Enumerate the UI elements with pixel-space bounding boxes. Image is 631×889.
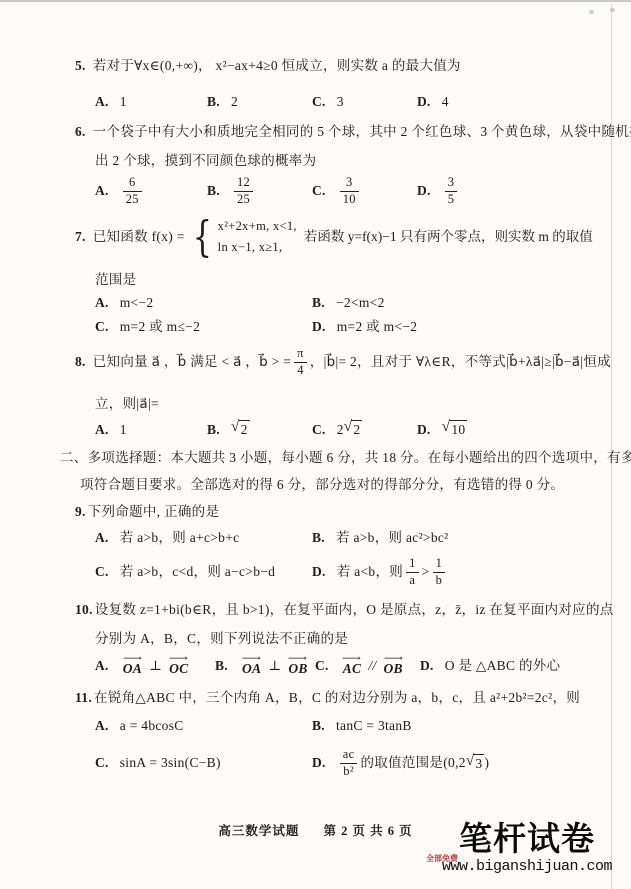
question-11-options-row1: A.a = 4bcosC B.tanC = 3tanB (75, 717, 603, 735)
option-b-label: B. (207, 93, 220, 111)
option-b-label: B. (215, 657, 228, 675)
option-a: A.1 (95, 93, 207, 111)
option-a-text: a = 4bcosC (120, 717, 184, 735)
question-7-stem-cont: 范围是 (75, 271, 603, 289)
radical: √3 (466, 754, 485, 773)
option-c-label: C. (315, 657, 329, 675)
option-a: A.1 (95, 421, 207, 439)
option-c-text: sinA = 3sin(C−B) (120, 754, 221, 772)
option-a: A. ⟶OA ⊥ ⟶OC (95, 656, 215, 676)
option-c-label: C. (95, 563, 109, 581)
option-d-operator: > (422, 563, 430, 581)
footer-exam-title: 高三数学试题 (218, 824, 299, 838)
option-a-label: A. (95, 657, 109, 675)
question-9-options-row1: A.若 a>b，则 a+c>b+c B.若 a>b，则 ac²>bc² (75, 529, 603, 547)
question-9-text: 下列命题中, 正确的是 (88, 504, 220, 519)
option-d-text-1: 的取值范围是(0,2 (360, 754, 465, 772)
question-7-pre-text: 已知函数 f(x) = (93, 228, 185, 246)
perpendicular-symbol: ⊥ (268, 657, 281, 675)
fraction-numerator: 1 (433, 556, 446, 573)
perpendicular-symbol: ⊥ (149, 657, 162, 675)
option-a: A.625 (95, 175, 207, 207)
option-a: A.m<−2 (95, 294, 312, 312)
option-b-text: −2<m<2 (336, 294, 385, 312)
option-d-text-2: ) (484, 754, 489, 772)
fraction-denominator: 25 (234, 192, 253, 208)
footer-page-number: 第 2 页 共 6 页 (323, 824, 412, 838)
question-6-text-line1: 一个袋子中有大小和质地完全相同的 5 个球，其中 2 个红色球、3 个黄色球，从… (93, 124, 631, 139)
vector-arrow-icon: ⟶ (342, 656, 362, 662)
vector-base: OB (383, 662, 402, 676)
option-a-label: A. (95, 717, 109, 735)
fraction-numerator: 3 (445, 175, 458, 192)
option-b: B.−2<m<2 (312, 294, 603, 312)
radicand: 2 (239, 420, 250, 439)
fraction-numerator: 3 (340, 175, 359, 192)
radical: √2 (344, 420, 363, 439)
radical: √10 (442, 420, 468, 439)
fraction: 310 (340, 175, 359, 207)
option-c-label: C. (312, 93, 326, 111)
question-11-text: 在锐角△ABC 中，三个内角 A，B，C 的对边分别为 a，b，c，且 a²+2… (94, 690, 580, 705)
question-8-stem-line1: 8. 已知向量 a⃗ ，b⃗ 满足 < a⃗ ，b⃗ > = π4 ，|b⃗|=… (75, 346, 603, 378)
vector-base: AC (343, 662, 362, 676)
option-a-label: A. (95, 529, 109, 547)
fraction-denominator: 25 (123, 192, 142, 208)
option-d: D.35 (417, 175, 603, 207)
fraction-denominator: b² (340, 764, 358, 780)
option-d-label: D. (312, 318, 326, 336)
radicand: 2 (351, 420, 362, 439)
vector: ⟶OA (123, 656, 142, 676)
fraction-denominator: a (406, 573, 419, 589)
question-8-text-b: ，|b⃗|= 2，且对于 ∀λ∈R，不等式|b⃗+λa⃗|≥|b⃗−a⃗|恒成 (310, 353, 611, 371)
parallel-symbol: // (368, 657, 376, 675)
question-10-number: 10. (75, 602, 93, 617)
option-a-text: 1 (120, 421, 127, 439)
option-a-label: A. (95, 294, 109, 312)
fraction: 625 (123, 175, 142, 207)
radical: √2 (231, 420, 250, 439)
question-6-stem-line1: 6.一个袋子中有大小和质地完全相同的 5 个球，其中 2 个红色球、3 个黄色球… (75, 123, 603, 141)
option-d: D.O 是 △ABC 的外心 (420, 657, 603, 675)
question-7-options-row1: A.m<−2 B.−2<m<2 (75, 294, 603, 312)
vector: ⟶OB (288, 656, 307, 676)
watermark-brand: 笔杆试卷 (424, 824, 630, 857)
fraction: 1a (406, 556, 419, 588)
question-10-text-line2: 分别为 A，B，C，则下列说法不正确的是 (95, 631, 348, 646)
question-9-stem: 9.下列命题中, 正确的是 (75, 503, 603, 521)
vector: ⟶OB (383, 656, 402, 676)
scan-top-edge (0, 0, 631, 2)
option-c: C.3 (312, 93, 417, 111)
vector-base: OB (288, 662, 307, 676)
vector-arrow-icon: ⟶ (383, 656, 403, 662)
option-c-text: 3 (337, 93, 344, 111)
question-6-stem-line2: 出 2 个球，摸到不同颜色球的概率为 (75, 152, 603, 170)
question-10-text-line1: 设复数 z=1+bi(b∈R，且 b>1)，在复平面内，O 是原点，z，z̄，i… (95, 602, 614, 617)
option-b-text: tanC = 3tanB (336, 717, 412, 735)
question-7-stem: 7. 已知函数 f(x) = { x²+2x+m, x<1, ln x−1, x… (75, 216, 603, 259)
question-11-options-row2: C.sinA = 3sin(C−B) D. acb² 的取值范围是(0,2 √3… (75, 747, 603, 779)
option-b: B.tanC = 3tanB (312, 717, 603, 735)
fraction-denominator: b (433, 573, 446, 589)
question-7-options-row2: C.m=2 或 m≤−2 D.m=2 或 m<−2 (75, 318, 603, 336)
option-b: B.√2 (207, 420, 312, 439)
vector-arrow-icon: ⟶ (123, 656, 143, 662)
option-d-text: O 是 △ABC 的外心 (445, 657, 561, 675)
option-b-label: B. (312, 717, 325, 735)
option-c-label: C. (95, 754, 109, 772)
option-c: C.sinA = 3sin(C−B) (95, 754, 312, 772)
section-2-text-line2: 项符合题目要求。全部选对的得 6 分，部分选对的得部分分，有选错的得 0 分。 (80, 477, 564, 492)
option-d: D. acb² 的取值范围是(0,2 √3 ) (312, 747, 603, 779)
fraction-numerator: π (294, 346, 307, 363)
vector-arrow-icon: ⟶ (169, 656, 189, 662)
option-b-label: B. (207, 182, 220, 200)
fraction-denominator: 4 (294, 363, 307, 379)
question-10-options: A. ⟶OA ⊥ ⟶OC B. ⟶OA ⊥ ⟶OB C. ⟶AC // ⟶OB … (75, 656, 603, 676)
fraction-numerator: 1 (406, 556, 419, 573)
question-7-post-text: 若函数 y=f(x)−1 只有两个零点，则实数 m 的取值 (304, 228, 593, 246)
question-7-cont-text: 范围是 (95, 272, 136, 287)
fraction: acb² (340, 747, 358, 779)
question-9-number: 9. (75, 504, 86, 519)
option-c: C.2√2 (312, 420, 417, 439)
section-2-header-line2: 项符合题目要求。全部选对的得 6 分，部分选对的得部分分，有选错的得 0 分。 (60, 476, 603, 494)
fraction: 1225 (234, 175, 253, 207)
question-5-stem: 5.若对于∀x∈(0,+∞)， x²−ax+4≥0 恒成立，则实数 a 的最大值… (75, 57, 603, 75)
vector: ⟶OC (169, 656, 188, 676)
option-c: C.310 (312, 175, 417, 207)
watermark: 全部免费 笔杆试卷 www.biganshijuan.com (424, 824, 630, 874)
option-d: D. 若 a<b，则 1a > 1b (312, 556, 603, 588)
fraction-denominator: 10 (340, 192, 359, 208)
section-2-text-line1: 二、多项选择题：本大题共 3 小题，每小题 6 分，共 18 分。在每小题给出的… (60, 450, 631, 465)
question-11-number: 11. (75, 690, 92, 705)
vector: ⟶OA (242, 656, 261, 676)
question-11-stem: 11.在锐角△ABC 中，三个内角 A，B，C 的对边分别为 a，b，c，且 a… (75, 689, 603, 707)
option-c-text: 若 a>b，c<d，则 a−c>b−d (120, 563, 276, 581)
scanned-exam-page: 5.若对于∀x∈(0,+∞)， x²−ax+4≥0 恒成立，则实数 a 的最大值… (0, 0, 631, 889)
option-c: C.m=2 或 m≤−2 (95, 318, 312, 336)
option-b: B.1225 (207, 175, 312, 207)
question-8-stem-line2: 立，则|a⃗|= (75, 395, 603, 413)
question-5-number: 5. (75, 58, 86, 73)
option-d: D.√10 (417, 420, 603, 439)
option-d-text-1: 若 a<b，则 (337, 563, 403, 581)
option-c-label: C. (312, 182, 326, 200)
option-c-text: m=2 或 m≤−2 (120, 318, 200, 336)
piecewise-cases: x²+2x+m, x<1, ln x−1, x≥1, (218, 216, 297, 259)
question-8-text-a: 已知向量 a⃗ ，b⃗ 满足 < a⃗ ，b⃗ > = (93, 353, 291, 371)
question-6-text-line2: 出 2 个球，摸到不同颜色球的概率为 (95, 153, 316, 168)
option-a-label: A. (95, 93, 109, 111)
option-d-text: 4 (442, 93, 449, 111)
option-b: B.2 (207, 93, 312, 111)
option-b-text: 若 a>b，则 ac²>bc² (336, 529, 449, 547)
question-6-number: 6. (75, 124, 86, 139)
vector-arrow-icon: ⟶ (288, 656, 308, 662)
option-d-label: D. (417, 421, 431, 439)
option-d: D.4 (417, 93, 603, 111)
vector-base: OC (169, 662, 188, 676)
option-c: C.若 a>b，c<d，则 a−c>b−d (95, 563, 312, 581)
piecewise-case-1: x²+2x+m, x<1, (218, 216, 297, 237)
radicand: 3 (473, 754, 484, 773)
vector-base: OA (123, 662, 142, 676)
fraction: 35 (445, 175, 458, 207)
scan-artifact-mark (589, 10, 594, 14)
option-a-text: m<−2 (120, 294, 154, 312)
option-d-label: D. (417, 93, 431, 111)
option-a-text: 1 (120, 93, 127, 111)
watermark-free-tag: 全部免费 (426, 855, 458, 863)
option-b-text: 2 (231, 93, 238, 111)
fraction-pi-over-4: π4 (294, 346, 307, 378)
option-b-label: B. (312, 294, 325, 312)
piecewise-case-2: ln x−1, x≥1, (218, 237, 297, 258)
section-2-header-line1: 二、多项选择题：本大题共 3 小题，每小题 6 分，共 18 分。在每小题给出的… (60, 449, 603, 467)
question-6-options: A.625 B.1225 C.310 D.35 (75, 175, 603, 207)
question-8-number: 8. (75, 353, 86, 371)
option-d-label: D. (312, 754, 326, 772)
question-5-options: A.1 B.2 C.3 D.4 (75, 93, 603, 111)
question-5-text: 若对于∀x∈(0,+∞)， x²−ax+4≥0 恒成立，则实数 a 的最大值为 (93, 58, 461, 73)
vector-base: OA (242, 662, 261, 676)
fraction: 1b (433, 556, 446, 588)
option-b-label: B. (207, 421, 220, 439)
fraction-denominator: 5 (445, 192, 458, 208)
question-10-stem-line1: 10.设复数 z=1+bi(b∈R，且 b>1)，在复平面内，O 是原点，z，z… (75, 601, 603, 619)
option-b: B.若 a>b，则 ac²>bc² (312, 529, 603, 547)
option-b: B. ⟶OA ⊥ ⟶OB (215, 656, 315, 676)
option-d-label: D. (417, 182, 431, 200)
option-c: C. ⟶AC // ⟶OB (315, 656, 420, 676)
option-b-label: B. (312, 529, 325, 547)
option-a-label: A. (95, 182, 109, 200)
fraction-numerator: 6 (123, 175, 142, 192)
option-a: A.a = 4bcosC (95, 717, 312, 735)
question-8-text-c: 立，则|a⃗|= (95, 396, 159, 411)
option-a-label: A. (95, 421, 109, 439)
question-8-options: A.1 B.√2 C.2√2 D.√10 (75, 420, 603, 439)
option-d-label: D. (420, 657, 434, 675)
fraction-numerator: ac (340, 747, 358, 764)
option-c-label: C. (312, 421, 326, 439)
option-c-label: C. (95, 318, 109, 336)
option-d: D.m=2 或 m<−2 (312, 318, 603, 336)
fraction-numerator: 12 (234, 175, 253, 192)
scan-artifact-mark (610, 8, 615, 12)
piecewise-brace: { (192, 216, 211, 258)
option-a-text: 若 a>b，则 a+c>b+c (120, 529, 240, 547)
option-d-label: D. (312, 563, 326, 581)
question-9-options-row2: C.若 a>b，c<d，则 a−c>b−d D. 若 a<b，则 1a > 1b (75, 556, 603, 588)
option-d-text: m=2 或 m<−2 (337, 318, 418, 336)
option-c-coefficient: 2 (337, 421, 344, 439)
question-10-stem-line2: 分别为 A，B，C，则下列说法不正确的是 (75, 630, 603, 648)
option-a: A.若 a>b，则 a+c>b+c (95, 529, 312, 547)
vector: ⟶AC (343, 656, 362, 676)
question-7-number: 7. (75, 228, 86, 246)
radicand: 10 (449, 420, 467, 439)
vector-arrow-icon: ⟶ (242, 656, 262, 662)
